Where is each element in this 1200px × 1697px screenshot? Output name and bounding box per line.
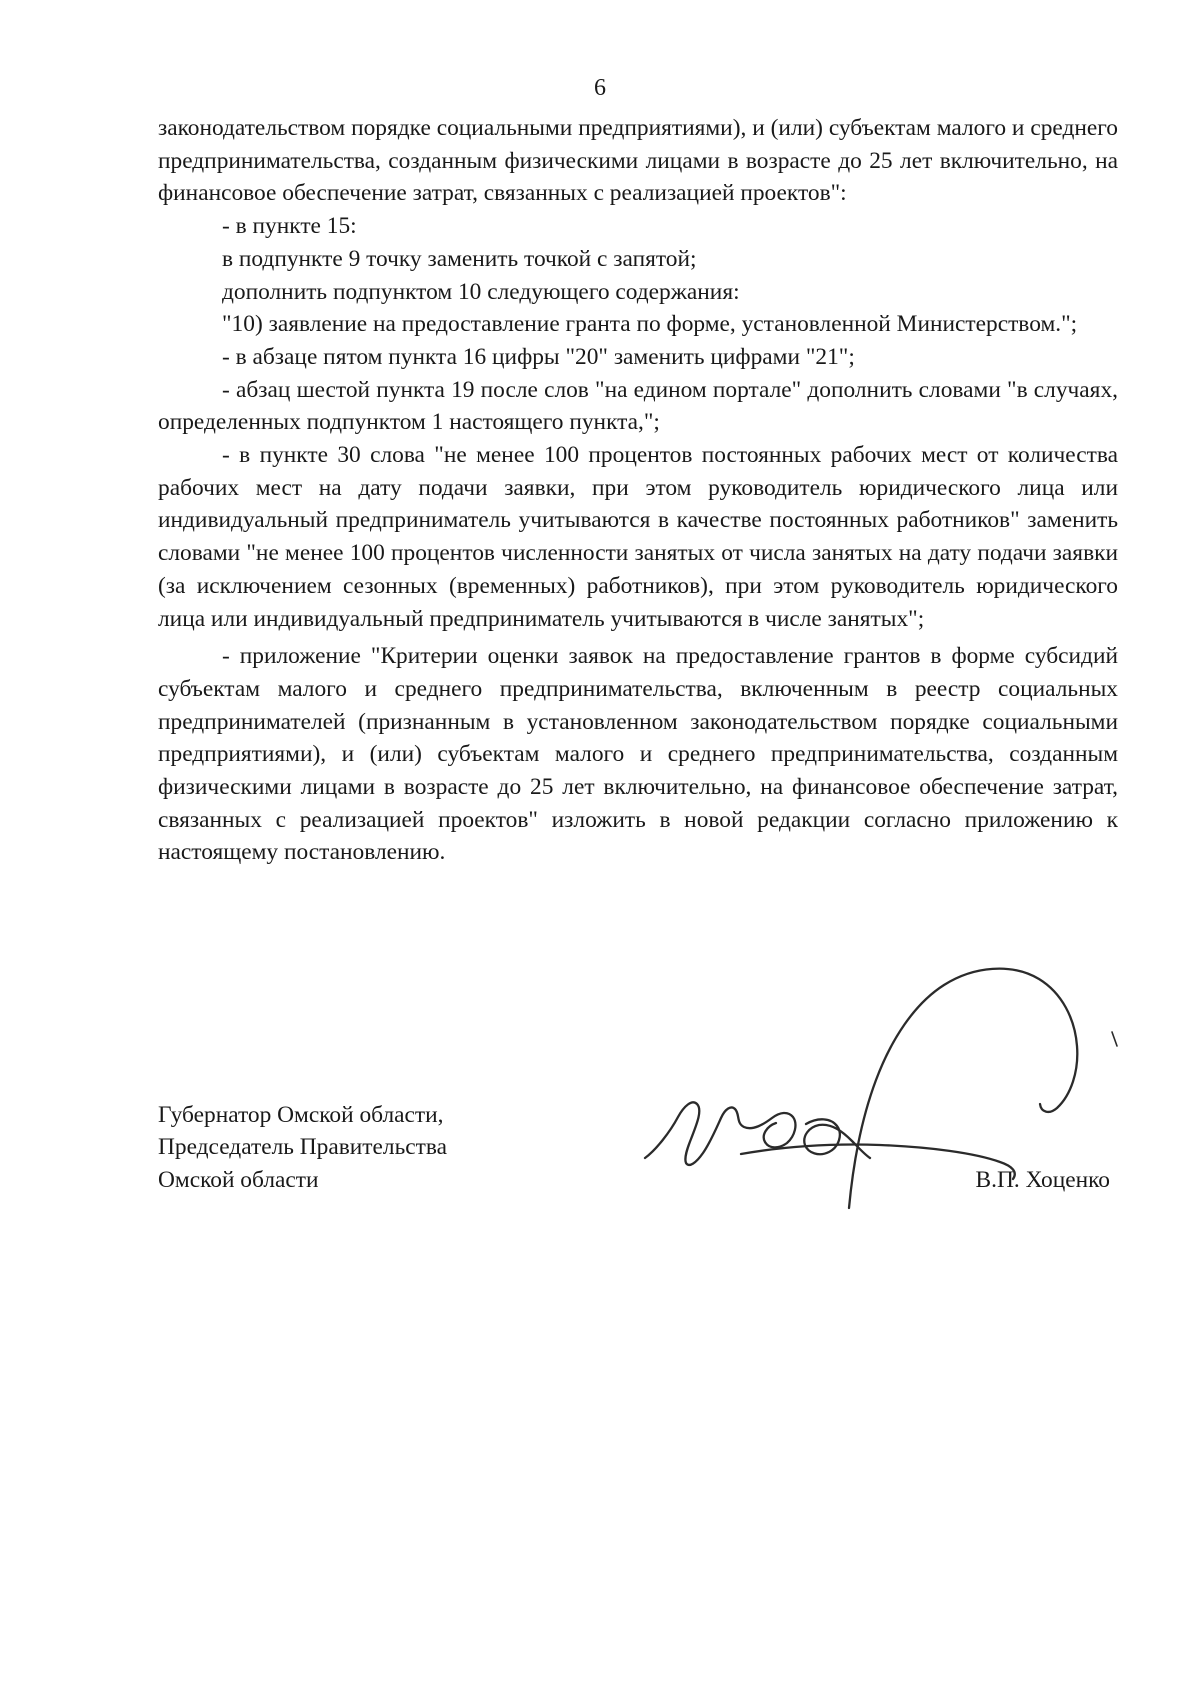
signatory-name: В.П. Хоценко [976,1164,1110,1196]
paragraph: - в пункте 15: [158,210,1118,243]
signatory-title-line: Председатель Правительства [158,1131,447,1163]
document-page: 6 законодательством порядке социальными … [0,0,1200,1697]
page-number: 6 [0,74,1200,102]
paragraph: - абзац шестой пункта 19 после слов "на … [158,374,1118,439]
paragraph: дополнить подпунктом 10 следующего содер… [158,276,1118,309]
paragraph: - в пункте 30 слова "не менее 100 процен… [158,439,1118,635]
signatory-title-line: Омской области [158,1164,447,1196]
paragraph: законодательством порядке социальными пр… [158,112,1118,210]
paragraph: - в абзаце пятом пункта 16 цифры "20" за… [158,341,1118,374]
signatory-title: Губернатор Омской области, Председатель … [158,1099,447,1196]
paragraph: - приложение "Критерии оценки заявок на … [158,640,1118,869]
document-body: законодательством порядке социальными пр… [158,112,1118,869]
signatory-title-line: Губернатор Омской области, [158,1099,447,1131]
paragraph: "10) заявление на предоставление гранта … [158,308,1118,341]
signature-block: Губернатор Омской области, Председатель … [158,1099,1110,1196]
paragraph: в подпункте 9 точку заменить точкой с за… [158,243,1118,276]
